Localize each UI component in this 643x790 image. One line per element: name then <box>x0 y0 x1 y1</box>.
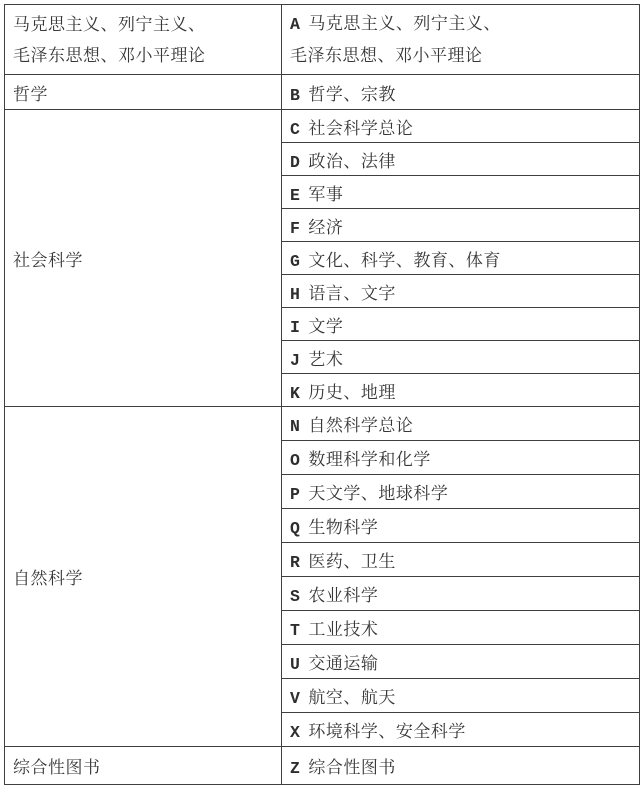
class-code: F <box>290 219 300 238</box>
category-cell-social-science: 社会科学 <box>5 110 282 407</box>
class-label: 经济 <box>308 218 343 237</box>
class-code: X <box>290 723 300 742</box>
class-cell-p: P天文学、地球科学 <box>282 475 640 509</box>
class-cell-b: B哲学、宗教 <box>282 75 640 110</box>
table-row: 自然科学 N自然科学总论 <box>5 407 640 441</box>
class-label: 社会科学总论 <box>308 119 413 138</box>
class-cell-v: V航空、航天 <box>282 679 640 713</box>
class-cell-z: Z综合性图书 <box>282 747 640 785</box>
category-cell-marxism: 马克思主义、列宁主义、 毛泽东思想、邓小平理论 <box>5 5 282 75</box>
class-label: 农业科学 <box>308 586 378 605</box>
class-code: P <box>290 485 300 504</box>
class-code: G <box>290 252 300 271</box>
class-label: 交通运输 <box>308 654 378 673</box>
class-label: 数理科学和化学 <box>308 450 431 469</box>
class-code: N <box>290 417 300 436</box>
table-row: 社会科学 C社会科学总论 <box>5 110 640 143</box>
class-label: 工业技术 <box>308 620 378 639</box>
class-cell-r: R医药、卫生 <box>282 543 640 577</box>
class-code: S <box>290 587 300 606</box>
table-row: 马克思主义、列宁主义、 毛泽东思想、邓小平理论 A马克思主义、列宁主义、 毛泽东… <box>5 5 640 75</box>
class-code: A <box>290 15 300 34</box>
category-cell-philosophy: 哲学 <box>5 75 282 110</box>
class-label: 综合性图书 <box>308 758 396 777</box>
class-cell-h: H语言、文字 <box>282 275 640 308</box>
class-label: 环境科学、安全科学 <box>308 722 466 741</box>
class-label: 文学 <box>308 317 343 336</box>
classification-table: 马克思主义、列宁主义、 毛泽东思想、邓小平理论 A马克思主义、列宁主义、 毛泽东… <box>4 4 640 785</box>
class-code: O <box>290 451 300 470</box>
class-cell-t: T工业技术 <box>282 611 640 645</box>
class-label: 哲学、宗教 <box>308 85 396 104</box>
class-label: 马克思主义、列宁主义、 <box>308 14 501 33</box>
class-cell-o: O数理科学和化学 <box>282 441 640 475</box>
category-line: 马克思主义、列宁主义、 <box>13 9 273 40</box>
class-code: I <box>290 318 300 337</box>
category-line: 毛泽东思想、邓小平理论 <box>13 40 273 71</box>
table-row: 综合性图书 Z综合性图书 <box>5 747 640 785</box>
class-code: R <box>290 553 300 572</box>
class-cell-c: C社会科学总论 <box>282 110 640 143</box>
class-label: 历史、地理 <box>308 383 396 402</box>
class-code: H <box>290 285 300 304</box>
table-row: 哲学 B哲学、宗教 <box>5 75 640 110</box>
class-label: 航空、航天 <box>308 688 396 707</box>
class-code: J <box>290 351 300 370</box>
class-code: Z <box>290 759 300 778</box>
class-code: C <box>290 120 300 139</box>
document-page: 马克思主义、列宁主义、 毛泽东思想、邓小平理论 A马克思主义、列宁主义、 毛泽东… <box>0 0 643 785</box>
class-code: Q <box>290 519 300 538</box>
class-label: 政治、法律 <box>308 152 396 171</box>
class-label: 医药、卫生 <box>308 552 396 571</box>
class-cell-g: G文化、科学、教育、体育 <box>282 242 640 275</box>
class-code: B <box>290 86 300 105</box>
class-code: V <box>290 689 300 708</box>
class-line: 毛泽东思想、邓小平理论 <box>290 40 631 71</box>
category-cell-general-books: 综合性图书 <box>5 747 282 785</box>
class-code: U <box>290 655 300 674</box>
class-label: 自然科学总论 <box>308 416 413 435</box>
class-cell-u: U交通运输 <box>282 645 640 679</box>
class-code: K <box>290 384 300 403</box>
class-cell-k: K历史、地理 <box>282 374 640 407</box>
class-code: T <box>290 621 300 640</box>
class-cell-d: D政治、法律 <box>282 143 640 176</box>
class-code: E <box>290 186 300 205</box>
class-cell-e: E军事 <box>282 176 640 209</box>
class-label: 艺术 <box>308 350 343 369</box>
class-label: 文化、科学、教育、体育 <box>308 251 501 270</box>
class-label: 生物科学 <box>308 518 378 537</box>
class-line: A马克思主义、列宁主义、 <box>290 8 631 40</box>
class-cell-f: F经济 <box>282 209 640 242</box>
class-cell-n: N自然科学总论 <box>282 407 640 441</box>
class-cell-x: X环境科学、安全科学 <box>282 713 640 747</box>
class-code: D <box>290 153 300 172</box>
class-cell-q: Q生物科学 <box>282 509 640 543</box>
category-cell-natural-science: 自然科学 <box>5 407 282 747</box>
class-label: 天文学、地球科学 <box>308 484 448 503</box>
class-cell-s: S农业科学 <box>282 577 640 611</box>
class-label: 军事 <box>308 185 343 204</box>
class-label: 语言、文字 <box>308 284 396 303</box>
class-cell-j: J艺术 <box>282 341 640 374</box>
class-cell-a: A马克思主义、列宁主义、 毛泽东思想、邓小平理论 <box>282 5 640 75</box>
class-cell-i: I文学 <box>282 308 640 341</box>
